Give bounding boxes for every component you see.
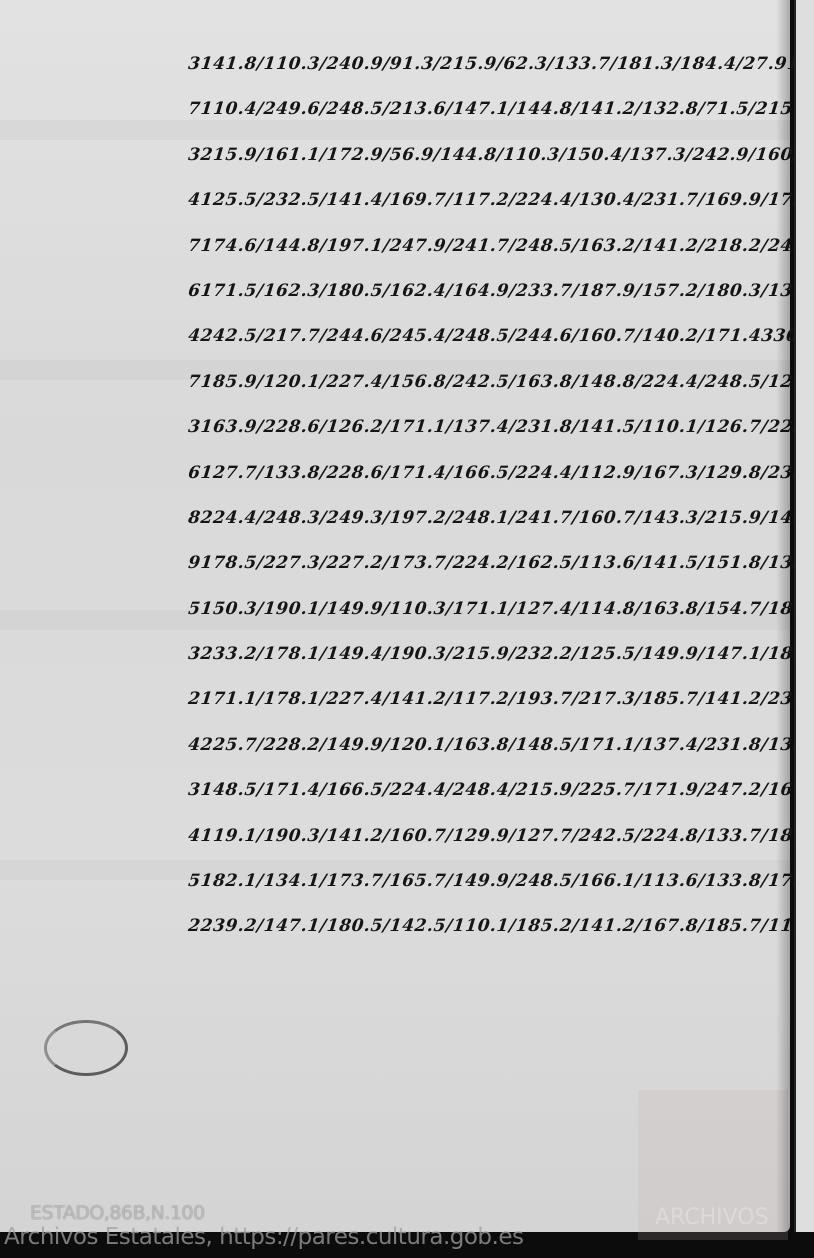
cipher-rows: 3141.8/110.3/240.9/91.3/215.9/62.3/133.7…	[188, 44, 788, 952]
cipher-row: 3148.5/171.4/166.5/224.4/248.4/215.9/225…	[186, 770, 791, 815]
cipher-row: 3163.9/228.6/126.2/171.1/137.4/231.8/141…	[186, 407, 791, 452]
cipher-row: 6127.7/133.8/228.6/171.4/166.5/224.4/112…	[186, 453, 791, 498]
cipher-row: 2239.2/147.1/180.5/142.5/110.1/185.2/141…	[186, 906, 791, 951]
cipher-row: 4225.7/228.2/149.9/120.1/163.8/148.5/171…	[186, 725, 791, 770]
archive-reference: ESTADO,86B,N.100	[30, 1202, 205, 1224]
adjacent-page-edge	[794, 0, 814, 1232]
cipher-row: 3141.8/110.3/240.9/91.3/215.9/62.3/133.7…	[186, 44, 791, 89]
cipher-row: 3215.9/161.1/172.9/56.9/144.8/110.3/150.…	[186, 135, 791, 180]
archive-stamp-icon	[44, 1020, 128, 1076]
cipher-row: 4125.5/232.5/141.4/169.7/117.2/224.4/130…	[186, 180, 791, 225]
cipher-row: 8224.4/248.3/249.3/197.2/248.1/241.7/160…	[186, 498, 791, 543]
cipher-row: 7174.6/144.8/197.1/247.9/241.7/248.5/163…	[186, 226, 791, 271]
cipher-row: 5150.3/190.1/149.9/110.3/171.1/127.4/114…	[186, 589, 791, 634]
manuscript-page: 3141.8/110.3/240.9/91.3/215.9/62.3/133.7…	[0, 0, 790, 1232]
cipher-row: 7110.4/249.6/248.5/213.6/147.1/144.8/141…	[186, 89, 791, 134]
cipher-row: 9178.5/227.3/227.2/173.7/224.2/162.5/113…	[186, 543, 791, 588]
cipher-row: 3233.2/178.1/149.4/190.3/215.9/232.2/125…	[186, 634, 791, 679]
archive-source: Archivos Estatales, https://pares.cultur…	[4, 1224, 523, 1250]
cipher-row: 4119.1/190.3/141.2/160.7/129.9/127.7/242…	[186, 816, 791, 861]
cipher-row: 7185.9/120.1/227.4/156.8/242.5/163.8/148…	[186, 362, 791, 407]
cipher-row: 2171.1/178.1/227.4/141.2/117.2/193.7/217…	[186, 679, 791, 724]
cipher-row: 4242.5/217.7/244.6/245.4/248.5/244.6/160…	[186, 316, 791, 361]
archive-logo-text: ARCHIVOS	[655, 1205, 769, 1230]
cipher-row: 5182.1/134.1/173.7/165.7/149.9/248.5/166…	[186, 861, 791, 906]
cipher-row: 6171.5/162.3/180.5/162.4/164.9/233.7/187…	[186, 271, 791, 316]
